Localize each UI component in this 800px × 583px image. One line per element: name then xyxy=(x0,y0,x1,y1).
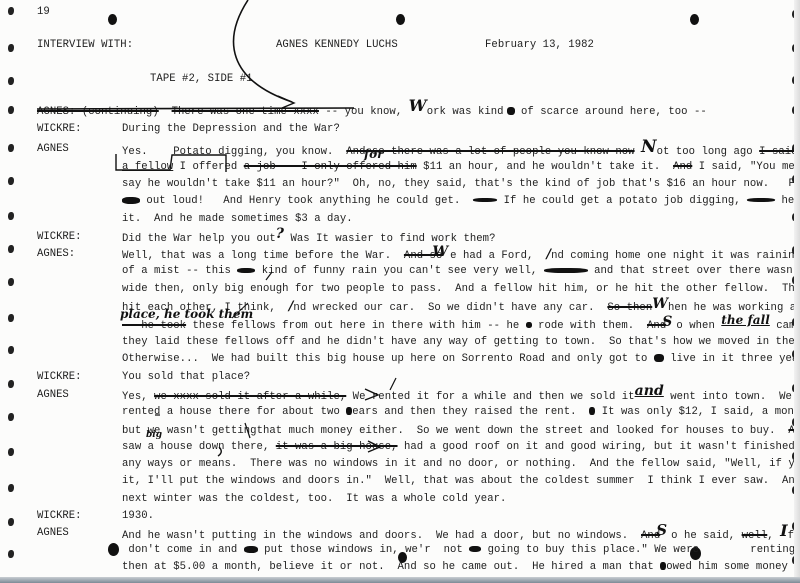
transcript-line: 1930. xyxy=(122,510,154,522)
page-shadow xyxy=(0,577,800,583)
tape-label: TAPE #2, SIDE #1 xyxy=(150,73,253,85)
ink-mark xyxy=(747,198,775,202)
page-number: 19 xyxy=(37,6,50,18)
transcript-line: any ways or means. There was no windows … xyxy=(122,458,800,470)
transcript-line: And he wasn't putting in the windows and… xyxy=(122,527,800,542)
speaker-label: WICKRE: xyxy=(37,371,82,383)
transcript-line: -- he took these fellows from out here i… xyxy=(122,318,800,332)
transcript-line: but we wasn't gettingthat much money eit… xyxy=(122,423,800,437)
margin-mark xyxy=(8,245,14,253)
margin-mark xyxy=(8,106,14,114)
ink-mark xyxy=(122,197,140,204)
transcript-line: of a mist -- this kind of funny rain you… xyxy=(122,265,800,277)
margin-mark xyxy=(8,144,14,152)
handwritten-correction: for xyxy=(364,147,384,161)
ink-mark xyxy=(237,268,255,273)
handwritten-correction: W xyxy=(409,96,427,115)
margin-mark xyxy=(8,346,14,354)
transcript-line: say he wouldn't take $11 an hour?" Oh, n… xyxy=(122,178,800,190)
ink-blot xyxy=(108,543,119,556)
margin-mark xyxy=(8,77,14,85)
handwritten-insertion: big xyxy=(146,430,162,440)
transcript-line: don't come in and put those windows in, … xyxy=(122,544,800,556)
transcript-line: rented a house there for about two ears … xyxy=(122,406,800,418)
speaker-label: WICKRE: xyxy=(37,231,82,243)
margin-mark xyxy=(8,484,14,492)
margin-mark xyxy=(8,550,14,558)
transcript-line: You sold that place? xyxy=(122,371,250,383)
speaker-label: AGNES xyxy=(37,527,69,539)
transcript-line: Did the War help you out? Was It wasier … xyxy=(122,231,496,245)
transcript-line: a fellow I offered a job -- I only offer… xyxy=(122,161,800,173)
speaker-label: AGNES xyxy=(37,389,69,401)
transcript-line: then at $5.00 a month, believe it or not… xyxy=(122,561,788,573)
transcript-line: saw a house down there, it was a big hou… xyxy=(122,441,800,453)
margin-mark xyxy=(8,448,14,456)
speaker-label: AGNES: xyxy=(37,248,75,260)
ink-mark xyxy=(507,107,515,115)
margin-mark xyxy=(8,380,14,388)
speaker-label: WICKRE: xyxy=(37,510,82,522)
transcript-line: it. And he made sometimes $3 a day. xyxy=(122,213,353,225)
transcript-line: out loud! And Henry took anything he cou… xyxy=(122,195,800,207)
interview-date: February 13, 1982 xyxy=(485,39,594,51)
transcript-line: Otherwise... We had built this big house… xyxy=(122,353,800,365)
transcript-line: Yes, we xxxx sold it after a while, We r… xyxy=(122,389,792,403)
margin-mark xyxy=(8,7,14,15)
speaker-label: WICKRE: xyxy=(37,123,82,135)
margin-mark xyxy=(8,518,14,526)
transcript-line: AGNES: (continuing) There was one time x… xyxy=(37,103,707,118)
transcript-line: they laid these fellows off and he didn'… xyxy=(122,336,800,348)
ink-mark xyxy=(244,546,258,553)
margin-mark xyxy=(8,314,14,322)
speaker-label: AGNES xyxy=(37,143,69,155)
page-edge xyxy=(794,0,800,583)
transcript-line: During the Depression and the War? xyxy=(122,123,340,135)
transcript-line: Yes. Potato digging, you know. And so th… xyxy=(122,143,800,158)
struck-text: AGNES: (continuing) xyxy=(37,106,159,118)
transcript-line: next winter was the coldest, too. It was… xyxy=(122,493,506,505)
ink-mark xyxy=(469,546,481,552)
margin-mark xyxy=(8,278,14,286)
margin-mark xyxy=(8,44,14,52)
ink-blot xyxy=(108,14,117,25)
ink-mark xyxy=(654,354,664,362)
interview-label: INTERVIEW WITH: xyxy=(37,39,133,51)
margin-mark xyxy=(8,212,14,220)
margin-mark xyxy=(8,177,14,185)
ink-mark xyxy=(473,198,497,202)
ink-blot xyxy=(690,14,699,25)
transcript-line: Well, that was a long time before the Wa… xyxy=(122,248,800,262)
transcript-page: 19 INTERVIEW WITH: AGNES KENNEDY LUCHS F… xyxy=(0,0,800,583)
ink-blot xyxy=(396,14,405,25)
ink-mark xyxy=(544,268,588,273)
margin-mark xyxy=(8,413,14,421)
struck-text: There was one time xxxx xyxy=(172,106,319,118)
transcript-line: wide then, only big enough for two peopl… xyxy=(122,283,800,295)
interviewee-name: AGNES KENNEDY LUCHS xyxy=(276,39,398,51)
transcript-line: it, I'll put the windows and doors in." … xyxy=(122,475,800,487)
